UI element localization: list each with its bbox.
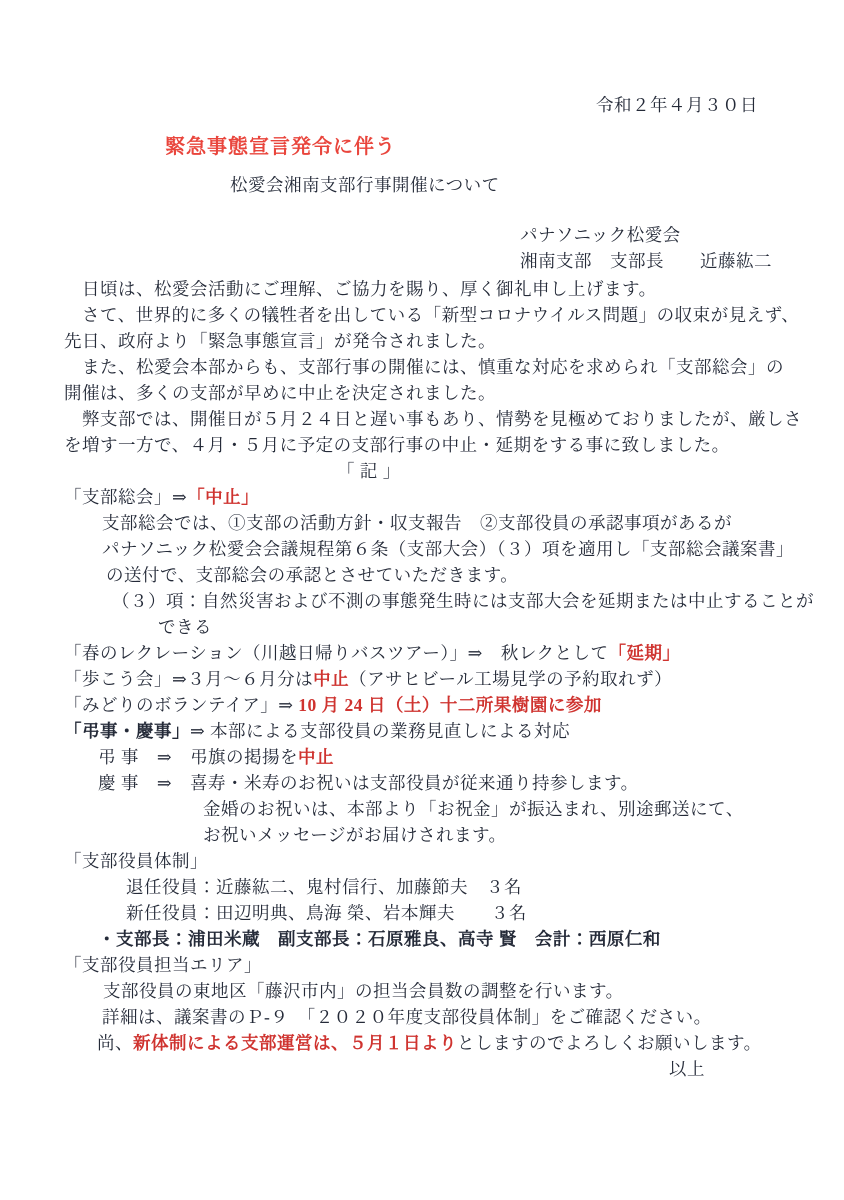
line-hq-request: また、松愛会本部からも、支部行事の開催には、慎重な対応を求められ「支部総会」の bbox=[64, 354, 780, 380]
new-structure-date-red: 新体制による支部運営は、５月１日より bbox=[133, 1033, 457, 1053]
line-soukai-detail-2: パナソニック松愛会会議規程第６条（支部大会）（３）項を適用し「支部総会議案書」 bbox=[64, 536, 780, 562]
line-officer-roles: ・支部長：浦田米蔵 副支部長：石原雅良、高寺 賢 会計：西原仁和 bbox=[64, 926, 780, 952]
document-date: 令和２年４月３０日 bbox=[64, 92, 780, 118]
closing-ijou: 以上 bbox=[64, 1056, 780, 1082]
sender-person: 湘南支部 支部長 近藤紘二 bbox=[64, 248, 780, 274]
line-green-volunteer: 「みどりのボランテイア」⇒ 10 月 24 日（土）十二所果樹園に参加 bbox=[64, 692, 780, 718]
line-new-officers: 新任役員：田辺明典、鳥海 榮、岩本輝夫 ３名 bbox=[64, 900, 780, 926]
line-condolence-celebration: 「弔事・慶事」⇒ 本部による支部役員の業務見直しによる対応 bbox=[64, 718, 780, 744]
line-area-adjustment: 支部役員の東地区「藤沢市内」の担当会員数の調整を行います。 bbox=[64, 978, 780, 1004]
line-emergency-declared: 先日、政府より「緊急事態宣言」が発令されました。 bbox=[64, 328, 780, 354]
line-clause-3-cont: できる bbox=[64, 614, 780, 640]
section-officer-structure: 「支部役員体制」 bbox=[64, 848, 780, 874]
line-soukai-detail-3: の送付で、支部総会の承認とさせていただきます。 bbox=[64, 562, 780, 588]
line-celebration-cont-1: 金婚のお祝いは、本部より「お祝金」が振込まれ、別途郵送にて、 bbox=[64, 796, 780, 822]
status-cancelled: 「中止」 bbox=[187, 487, 259, 507]
line-covid-intro: さて、世界的に多くの犠牲者を出している「新型コロナウイルス問題」の収束が見えず、 bbox=[64, 302, 780, 328]
line-branch-decision: 弊支部では、開催日が５月２４日と遅い事もあり、情勢を見極めておりましたが、厳しさ bbox=[64, 406, 780, 432]
line-new-structure-start: 尚、新体制による支部運営は、５月１日よりとしますのでよろしくお願いします。 bbox=[64, 1030, 780, 1056]
line-walking-club: 「歩こう会」⇒３月～６月分は中止（アサヒビール工場見学の予約取れず） bbox=[64, 666, 780, 692]
document-title: 松愛会湘南支部行事開催について bbox=[64, 172, 780, 198]
line-soukai-detail-1: 支部総会では、①支部の活動方針・収支報告 ②支部役員の承認事項があるが bbox=[64, 510, 780, 536]
document-page: 令和２年４月３０日 緊急事態宣言発令に伴う 松愛会湘南支部行事開催について パナ… bbox=[0, 0, 844, 1200]
line-clause-3: （３）項：自然災害および不測の事態発生時には支部大会を延期または中止することが bbox=[64, 588, 780, 614]
line-branch-decision-cont: を増す一方で、４月・５月に予定の支部行事の中止・延期をする事に致しました。 bbox=[64, 432, 780, 458]
status-postponed: 「延期」 bbox=[609, 643, 681, 663]
status-cancelled: 中止 bbox=[313, 669, 349, 689]
line-greeting: 日頃は、松愛会活動にご理解、ご協力を賜り、厚く御礼申し上げます。 bbox=[64, 276, 780, 302]
status-cancelled: 中止 bbox=[298, 747, 334, 767]
line-hq-request-cont: 開催は、多くの支部が早めに中止を決定されました。 bbox=[64, 380, 780, 406]
line-celebration-cont-2: お祝いメッセージがお届けされます。 bbox=[64, 822, 780, 848]
sender-organization: パナソニック松愛会 bbox=[64, 222, 780, 248]
line-celebration: 慶 事 ⇒ 喜寿・米寿のお祝いは支部役員が従来通り持参します。 bbox=[64, 770, 780, 796]
line-condolence: 弔 事 ⇒ 弔旗の掲揚を中止 bbox=[64, 744, 780, 770]
line-soukai-status: 「支部総会」⇒「中止」 bbox=[64, 484, 780, 510]
line-retiring-officers: 退任役員：近藤紘二、鬼村信行、加藤節夫 ３名 bbox=[64, 874, 780, 900]
volunteer-date-red: 10 月 24 日（土）十二所果樹園に参加 bbox=[298, 695, 602, 715]
line-refer-agenda: 詳細は、議案書のＰ-９ 「２０２０年度支部役員体制」をご確認ください。 bbox=[64, 1004, 780, 1030]
line-spring-recreation: 「春のレクレーション（川越日帰りバスツアー）」⇒ 秋レクとして「延期」 bbox=[64, 640, 780, 666]
section-officer-area: 「支部役員担当エリア」 bbox=[64, 952, 780, 978]
record-marker: 「 記 」 bbox=[64, 458, 780, 484]
main-heading: 緊急事態宣言発令に伴う bbox=[64, 132, 780, 162]
